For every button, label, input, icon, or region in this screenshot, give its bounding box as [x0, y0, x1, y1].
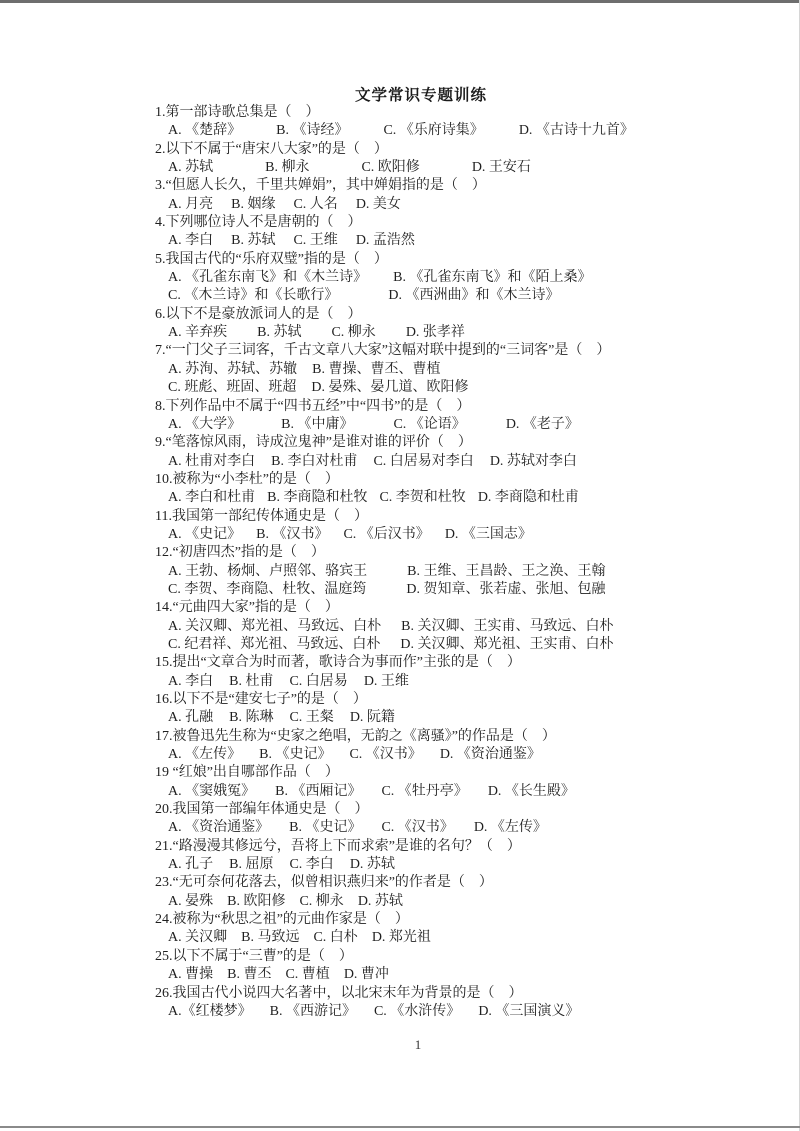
option: A. 关汉卿	[168, 929, 227, 947]
option-line: C. 《木兰诗》和《长歌行》D. 《西洲曲》和《木兰诗》	[155, 287, 755, 305]
option: C. 《汉书》	[381, 819, 453, 837]
question-text: 6.以下不是豪放派词人的是（ ）	[155, 306, 755, 324]
option-line: C. 李贺、李商隐、杜牧、温庭筠D. 贺知章、张若虚、张旭、包融	[155, 581, 755, 599]
option: C. 《乐府诗集》	[383, 122, 483, 140]
option: A. 李白	[168, 232, 213, 250]
option: C. 《牡丹亭》	[381, 783, 467, 801]
option: D. 郑光祖	[372, 929, 431, 947]
option: D. 张孝祥	[406, 324, 465, 342]
option-line: A. 李白和杜甫B. 李商隐和杜牧C. 李贺和杜牧D. 李商隐和杜甫	[155, 489, 755, 507]
option-line: A. 李白B. 杜甫C. 白居易D. 王维	[155, 673, 755, 691]
question-text: 23.“无可奈何花落去，似曾相识燕归来”的作者是（ ）	[155, 874, 755, 892]
option: A. 关汉卿、郑光祖、马致远、白朴	[168, 618, 381, 636]
option: B. 苏轼	[231, 232, 275, 250]
option: A. 《史记》	[168, 526, 241, 544]
option: B. 《孔雀东南飞》和《陌上桑》	[393, 269, 591, 287]
option: B. 《汉书》	[256, 526, 328, 544]
option-line: A. 苏轼B. 柳永C. 欧阳修D. 王安石	[155, 159, 755, 177]
option: B. 《史记》	[259, 746, 331, 764]
question-text: 21.“路漫漫其修远兮，吾将上下而求索”是谁的名句？（ ）	[155, 838, 755, 856]
option: B. 王维、王昌龄、王之涣、王翰	[407, 563, 605, 581]
option: D. 关汉卿、郑光祖、王实甫、白朴	[400, 636, 613, 654]
question: 12.“初唐四杰”指的是（ ）A. 王勃、杨炯、卢照邻、骆宾王B. 王维、王昌龄…	[155, 544, 755, 599]
option: B. 李商隐和杜牧	[267, 489, 367, 507]
option-line: A. 辛弃疾B. 苏轼C. 柳永D. 张孝祥	[155, 324, 755, 342]
option: D. 美女	[356, 196, 401, 214]
option-line: A.《红楼梦》B. 《西游记》C. 《水浒传》D. 《三国演义》	[155, 1003, 755, 1021]
option: C. 《木兰诗》和《长歌行》	[168, 287, 338, 305]
option: C. 《后汉书》	[343, 526, 429, 544]
option: C. 人名	[293, 196, 337, 214]
option-line: A. 《资治通鉴》B. 《史记》C. 《汉书》D. 《左传》	[155, 819, 755, 837]
question-text: 2.以下不属于“唐宋八大家”的是（ ）	[155, 141, 755, 159]
scan-edge-top	[0, 0, 800, 3]
option: D. 王安石	[472, 159, 531, 177]
question-text: 14.“元曲四大家”指的是（ ）	[155, 599, 755, 617]
option: D. 《西洲曲》和《木兰诗》	[388, 287, 559, 305]
option: A. 孔子	[168, 856, 213, 874]
question: 23.“无可奈何花落去，似曾相识燕归来”的作者是（ ）A. 晏殊B. 欧阳修C.…	[155, 874, 755, 911]
question-text: 15.提出“文章合为时而著，歌诗合为事而作”主张的是（ ）	[155, 654, 755, 672]
option: C. 白居易	[289, 673, 347, 691]
option: C. 柳永	[331, 324, 375, 342]
question-text: 19 “红娘”出自哪部作品（ ）	[155, 764, 755, 782]
option: B. 《史记》	[289, 819, 361, 837]
option: C. 王维	[293, 232, 337, 250]
option: D. 《左传》	[474, 819, 547, 837]
option: D. 王维	[364, 673, 409, 691]
question: 10.被称为“小李杜”的是（ ）A. 李白和杜甫B. 李商隐和杜牧C. 李贺和杜…	[155, 471, 755, 508]
question-list: 1.第一部诗歌总集是（ ）A. 《楚辞》B. 《诗经》C. 《乐府诗集》D. 《…	[155, 104, 755, 1021]
option: B. 《中庸》	[281, 416, 353, 434]
question: 11.我国第一部纪传体通史是（ ）A. 《史记》B. 《汉书》C. 《后汉书》D…	[155, 508, 755, 545]
question-text: 20.我国第一部编年体通史是（ ）	[155, 801, 755, 819]
question-text: 26.我国古代小说四大名著中，以北宋末年为背景的是（ ）	[155, 985, 755, 1003]
option: A. 王勃、杨炯、卢照邻、骆宾王	[168, 563, 367, 581]
option: A. 晏殊	[168, 893, 213, 911]
option-line: A. 月亮B. 姻缘C. 人名D. 美女	[155, 196, 755, 214]
option-line: A. 关汉卿、郑光祖、马致远、白朴B. 关汉卿、王实甫、马致远、白朴	[155, 618, 755, 636]
question-text: 7.“一门父子三词客，千古文章八大家”这幅对联中提到的“三词客”是（ ）	[155, 342, 755, 360]
option: B. 马致远	[241, 929, 299, 947]
option: B. 李白对杜甫	[271, 453, 357, 471]
option-line: C. 纪君祥、郑光祖、马致远、白朴D. 关汉卿、郑光祖、王实甫、白朴	[155, 636, 755, 654]
option: A. 李白	[168, 673, 213, 691]
option: C. 《水浒传》	[374, 1003, 460, 1021]
question: 26.我国古代小说四大名著中，以北宋末年为背景的是（ ）A.《红楼梦》B. 《西…	[155, 985, 755, 1022]
question: 8.下列作品中不属于“四书五经”中“四书”的是（ ）A. 《大学》B. 《中庸》…	[155, 398, 755, 435]
question: 20.我国第一部编年体通史是（ ）A. 《资治通鉴》B. 《史记》C. 《汉书》…	[155, 801, 755, 838]
option: D. 曹冲	[344, 966, 389, 984]
option: D. 《资治通鉴》	[440, 746, 541, 764]
question: 9.“笔落惊风雨，诗成泣鬼神”是谁对谁的评价（ ）A. 杜甫对李白B. 李白对杜…	[155, 434, 755, 471]
option-line: A. 曹操B. 曹丕C. 曹植D. 曹冲	[155, 966, 755, 984]
option: C. 班彪、班固、班超	[168, 379, 296, 397]
question: 19 “红娘”出自哪部作品（ ）A. 《窦娥冤》B. 《西厢记》C. 《牡丹亭》…	[155, 764, 755, 801]
option: A. 杜甫对李白	[168, 453, 255, 471]
option-line: A. 关汉卿B. 马致远C. 白朴D. 郑光祖	[155, 929, 755, 947]
question-text: 11.我国第一部纪传体通史是（ ）	[155, 508, 755, 526]
option: C. 欧阳修	[361, 159, 419, 177]
page-title: 文学常识专题训练	[0, 83, 800, 105]
option-line: A. 《大学》B. 《中庸》C. 《论语》D. 《老子》	[155, 416, 755, 434]
question-text: 5.我国古代的“乐府双璧”指的是（ ）	[155, 251, 755, 269]
option-line: A. 李白B. 苏轼C. 王维D. 孟浩然	[155, 232, 755, 250]
option: C. 白朴	[313, 929, 357, 947]
option: C. 李贺和杜牧	[379, 489, 465, 507]
option: C. 李贺、李商隐、杜牧、温庭筠	[168, 581, 366, 599]
option: A. 《左传》	[168, 746, 241, 764]
option: D. 阮籍	[350, 709, 395, 727]
question-text: 25.以下不属于“三曹”的是（ ）	[155, 948, 755, 966]
question: 4.下列哪位诗人不是唐朝的（ ）A. 李白B. 苏轼C. 王维D. 孟浩然	[155, 214, 755, 251]
scan-edge-bottom	[0, 1126, 800, 1128]
option: B. 《诗经》	[276, 122, 348, 140]
option: D. 晏殊、晏几道、欧阳修	[311, 379, 468, 397]
option: A. 《资治通鉴》	[168, 819, 269, 837]
question-text: 16.以下不是“建安七子”的是（ ）	[155, 691, 755, 709]
option: C. 李白	[289, 856, 333, 874]
question-text: 4.下列哪位诗人不是唐朝的（ ）	[155, 214, 755, 232]
option-line: A. 《孔雀东南飞》和《木兰诗》B. 《孔雀东南飞》和《陌上桑》	[155, 269, 755, 287]
option: D. 《老子》	[506, 416, 579, 434]
question: 14.“元曲四大家”指的是（ ）A. 关汉卿、郑光祖、马致远、白朴B. 关汉卿、…	[155, 599, 755, 654]
option: D. 苏轼对李白	[490, 453, 577, 471]
question: 24.被称为“秋思之祖”的元曲作家是（ ）A. 关汉卿B. 马致远C. 白朴D.…	[155, 911, 755, 948]
option: D. 《古诗十九首》	[519, 122, 634, 140]
option: B. 姻缘	[231, 196, 275, 214]
question-text: 10.被称为“小李杜”的是（ ）	[155, 471, 755, 489]
option: B. 陈琳	[229, 709, 273, 727]
question: 3.“但愿人长久，千里共婵娟”，其中婵娟指的是（ ）A. 月亮B. 姻缘C. 人…	[155, 177, 755, 214]
question: 6.以下不是豪放派词人的是（ ）A. 辛弃疾B. 苏轼C. 柳永D. 张孝祥	[155, 306, 755, 343]
option: D. 苏轼	[358, 893, 403, 911]
option: A. 《孔雀东南飞》和《木兰诗》	[168, 269, 367, 287]
option-line: A. 王勃、杨炯、卢照邻、骆宾王B. 王维、王昌龄、王之涣、王翰	[155, 563, 755, 581]
option-line: A. 《楚辞》B. 《诗经》C. 《乐府诗集》D. 《古诗十九首》	[155, 122, 755, 140]
question-text: 9.“笔落惊风雨，诗成泣鬼神”是谁对谁的评价（ ）	[155, 434, 755, 452]
option: B. 曹操、曹丕、曹植	[312, 361, 440, 379]
option: B. 《西厢记》	[275, 783, 361, 801]
option: B. 曹丕	[227, 966, 271, 984]
option: B. 《西游记》	[270, 1003, 356, 1021]
question-text: 24.被称为“秋思之祖”的元曲作家是（ ）	[155, 911, 755, 929]
option: D. 《长生殿》	[488, 783, 575, 801]
question-text: 8.下列作品中不属于“四书五经”中“四书”的是（ ）	[155, 398, 755, 416]
question: 7.“一门父子三词客，千古文章八大家”这幅对联中提到的“三词客”是（ ）A. 苏…	[155, 342, 755, 397]
question: 2.以下不属于“唐宋八大家”的是（ ）A. 苏轼B. 柳永C. 欧阳修D. 王安…	[155, 141, 755, 178]
option-line: A. 孔融B. 陈琳C. 王粲D. 阮籍	[155, 709, 755, 727]
option: A. 曹操	[168, 966, 213, 984]
option: D. 《三国志》	[445, 526, 532, 544]
question-text: 3.“但愿人长久，千里共婵娟”，其中婵娟指的是（ ）	[155, 177, 755, 195]
option: A. 孔融	[168, 709, 213, 727]
option: A. 《楚辞》	[168, 122, 241, 140]
option: A. 《窦娥冤》	[168, 783, 255, 801]
option-line: A. 晏殊B. 欧阳修C. 柳永D. 苏轼	[155, 893, 755, 911]
option: D. 《三国演义》	[478, 1003, 579, 1021]
option: D. 贺知章、张若虚、张旭、包融	[406, 581, 605, 599]
option: C. 《论语》	[393, 416, 465, 434]
option: C. 白居易对李白	[373, 453, 473, 471]
option: B. 柳永	[265, 159, 309, 177]
option: D. 苏轼	[350, 856, 395, 874]
question: 1.第一部诗歌总集是（ ）A. 《楚辞》B. 《诗经》C. 《乐府诗集》D. 《…	[155, 104, 755, 141]
option: B. 关汉卿、王实甫、马致远、白朴	[401, 618, 613, 636]
option: C. 王粲	[289, 709, 333, 727]
option: A.《红楼梦》	[168, 1003, 252, 1021]
document-page: 文学常识专题训练 1.第一部诗歌总集是（ ）A. 《楚辞》B. 《诗经》C. 《…	[0, 0, 800, 1131]
option: A. 苏洵、苏轼、苏辙	[168, 361, 297, 379]
question-text: 12.“初唐四杰”指的是（ ）	[155, 544, 755, 562]
page-number: 1	[0, 1037, 800, 1053]
question: 25.以下不属于“三曹”的是（ ）A. 曹操B. 曹丕C. 曹植D. 曹冲	[155, 948, 755, 985]
option: B. 欧阳修	[227, 893, 285, 911]
option: D. 孟浩然	[356, 232, 415, 250]
option: B. 屈原	[229, 856, 273, 874]
question: 15.提出“文章合为时而著，歌诗合为事而作”主张的是（ ）A. 李白B. 杜甫C…	[155, 654, 755, 691]
option: A. 辛弃疾	[168, 324, 227, 342]
option: D. 李商隐和杜甫	[478, 489, 579, 507]
option-line: C. 班彪、班固、班超D. 晏殊、晏几道、欧阳修	[155, 379, 755, 397]
option-line: A. 《左传》B. 《史记》C. 《汉书》D. 《资治通鉴》	[155, 746, 755, 764]
question: 5.我国古代的“乐府双璧”指的是（ ）A. 《孔雀东南飞》和《木兰诗》B. 《孔…	[155, 251, 755, 306]
option: A. 月亮	[168, 196, 213, 214]
question: 21.“路漫漫其修远兮，吾将上下而求索”是谁的名句？（ ）A. 孔子B. 屈原C…	[155, 838, 755, 875]
option: A. 《大学》	[168, 416, 241, 434]
option: C. 柳永	[299, 893, 343, 911]
question-text: 17.被鲁迅先生称为“史家之绝唱，无韵之《离骚》”的作品是（ ）	[155, 728, 755, 746]
question: 17.被鲁迅先生称为“史家之绝唱，无韵之《离骚》”的作品是（ ）A. 《左传》B…	[155, 728, 755, 765]
option: C. 纪君祥、郑光祖、马致远、白朴	[168, 636, 380, 654]
option-line: A. 《窦娥冤》B. 《西厢记》C. 《牡丹亭》D. 《长生殿》	[155, 783, 755, 801]
question-text: 1.第一部诗歌总集是（ ）	[155, 104, 755, 122]
question: 16.以下不是“建安七子”的是（ ）A. 孔融B. 陈琳C. 王粲D. 阮籍	[155, 691, 755, 728]
option-line: A. 孔子B. 屈原C. 李白D. 苏轼	[155, 856, 755, 874]
option: B. 苏轼	[257, 324, 301, 342]
option: B. 杜甫	[229, 673, 273, 691]
option-line: A. 苏洵、苏轼、苏辙B. 曹操、曹丕、曹植	[155, 361, 755, 379]
option: A. 苏轼	[168, 159, 213, 177]
option-line: A. 《史记》B. 《汉书》C. 《后汉书》D. 《三国志》	[155, 526, 755, 544]
option-line: A. 杜甫对李白B. 李白对杜甫C. 白居易对李白D. 苏轼对李白	[155, 453, 755, 471]
option: C. 《汉书》	[349, 746, 421, 764]
option: C. 曹植	[285, 966, 329, 984]
option: A. 李白和杜甫	[168, 489, 255, 507]
